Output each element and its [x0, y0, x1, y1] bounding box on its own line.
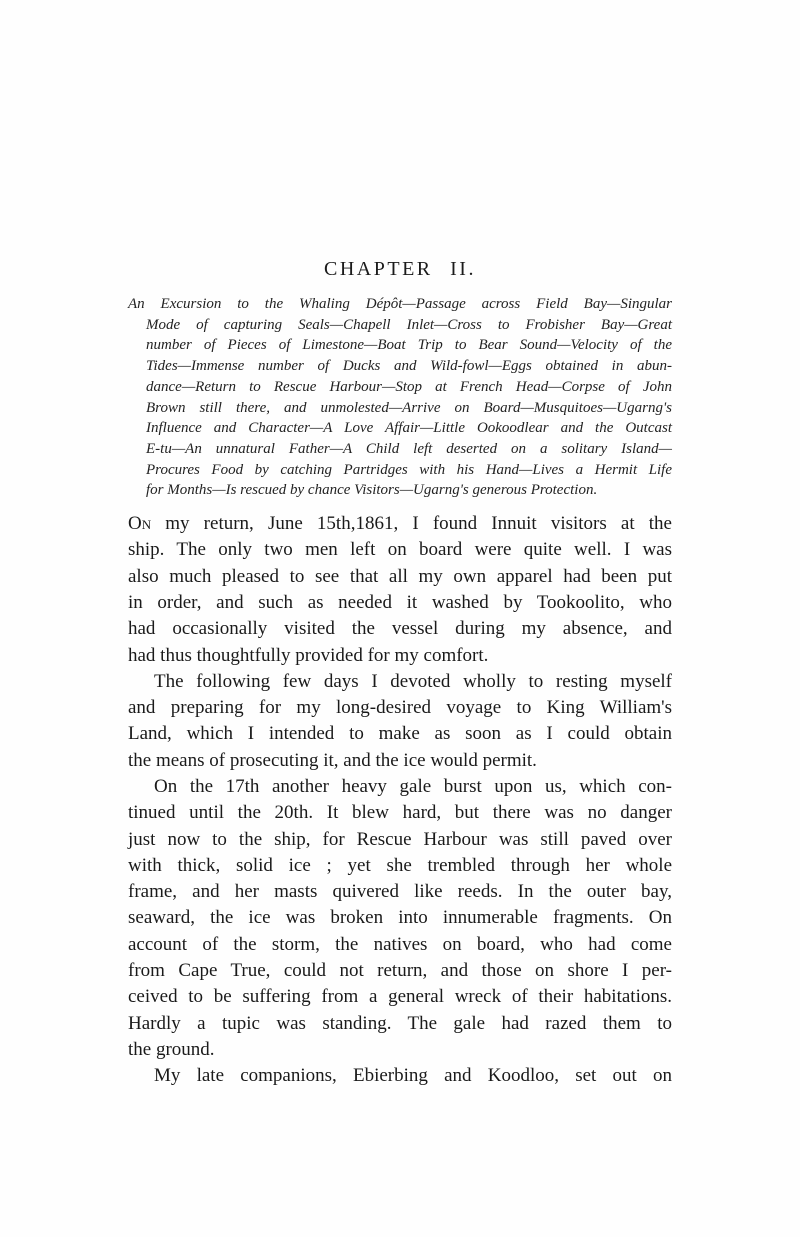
summary-line: dance—Return to Rescue Harbour—Stop at F…	[128, 377, 672, 398]
body-line: account of the storm, the natives on boa…	[128, 932, 672, 958]
summary-line: for Months—Is rescued by chance Visitors…	[128, 480, 672, 501]
body-line: the means of prosecuting it, and the ice…	[128, 748, 672, 774]
body-line: On the 17th another heavy gale burst upo…	[128, 774, 672, 800]
body-line: Hardly a tupic was standing. The gale ha…	[128, 1011, 672, 1037]
summary-line: Tides—Immense number of Ducks and Wild-f…	[128, 356, 672, 377]
body-line: in order, and such as needed it washed b…	[128, 590, 672, 616]
body-line: had occasionally visited the vessel duri…	[128, 616, 672, 642]
body-line: ship. The only two men left on board wer…	[128, 537, 672, 563]
body-line: ceived to be suffering from a general wr…	[128, 984, 672, 1010]
body-line: tinued until the 20th. It blew hard, but…	[128, 800, 672, 826]
chapter-summary: An Excursion to the Whaling Dépôt—Passag…	[128, 294, 672, 501]
body-line: and preparing for my long-desired voyage…	[128, 695, 672, 721]
body-line: with thick, solid ice ; yet she trembled…	[128, 853, 672, 879]
body-line: My late companions, Ebierbing and Koodlo…	[128, 1063, 672, 1089]
body-line: also much pleased to see that all my own…	[128, 564, 672, 590]
summary-line: E-tu—An unnatural Father—A Child left de…	[128, 439, 672, 460]
summary-line: Mode of capturing Seals—Chapell Inlet—Cr…	[128, 315, 672, 336]
summary-line: Influence and Character—A Love Affair—Li…	[128, 418, 672, 439]
summary-line: Brown still there, and unmolested—Arrive…	[128, 398, 672, 419]
body-line: The following few days I devoted wholly …	[128, 669, 672, 695]
book-page: CHAPTER II. An Excursion to the Whaling …	[0, 0, 800, 1237]
summary-line: Procures Food by catching Partridges wit…	[128, 460, 672, 481]
page-body: On my return, June 15th,1861, I found In…	[128, 511, 672, 1090]
body-line: the ground.	[128, 1037, 672, 1063]
body-line: had thus thoughtfully provided for my co…	[128, 643, 672, 669]
body-line: On my return, June 15th,1861, I found In…	[128, 511, 672, 537]
body-line: seaward, the ice was broken into innumer…	[128, 905, 672, 931]
summary-line: An Excursion to the Whaling Dépôt—Passag…	[128, 294, 672, 315]
summary-line: number of Pieces of Limestone—Boat Trip …	[128, 335, 672, 356]
body-line: frame, and her masts quivered like reeds…	[128, 879, 672, 905]
chapter-heading: CHAPTER II.	[128, 256, 672, 282]
body-line: just now to the ship, for Rescue Harbour…	[128, 827, 672, 853]
smallcaps-word: On	[128, 513, 151, 534]
body-line: from Cape True, could not return, and th…	[128, 958, 672, 984]
body-line: Land, which I intended to make as soon a…	[128, 721, 672, 747]
